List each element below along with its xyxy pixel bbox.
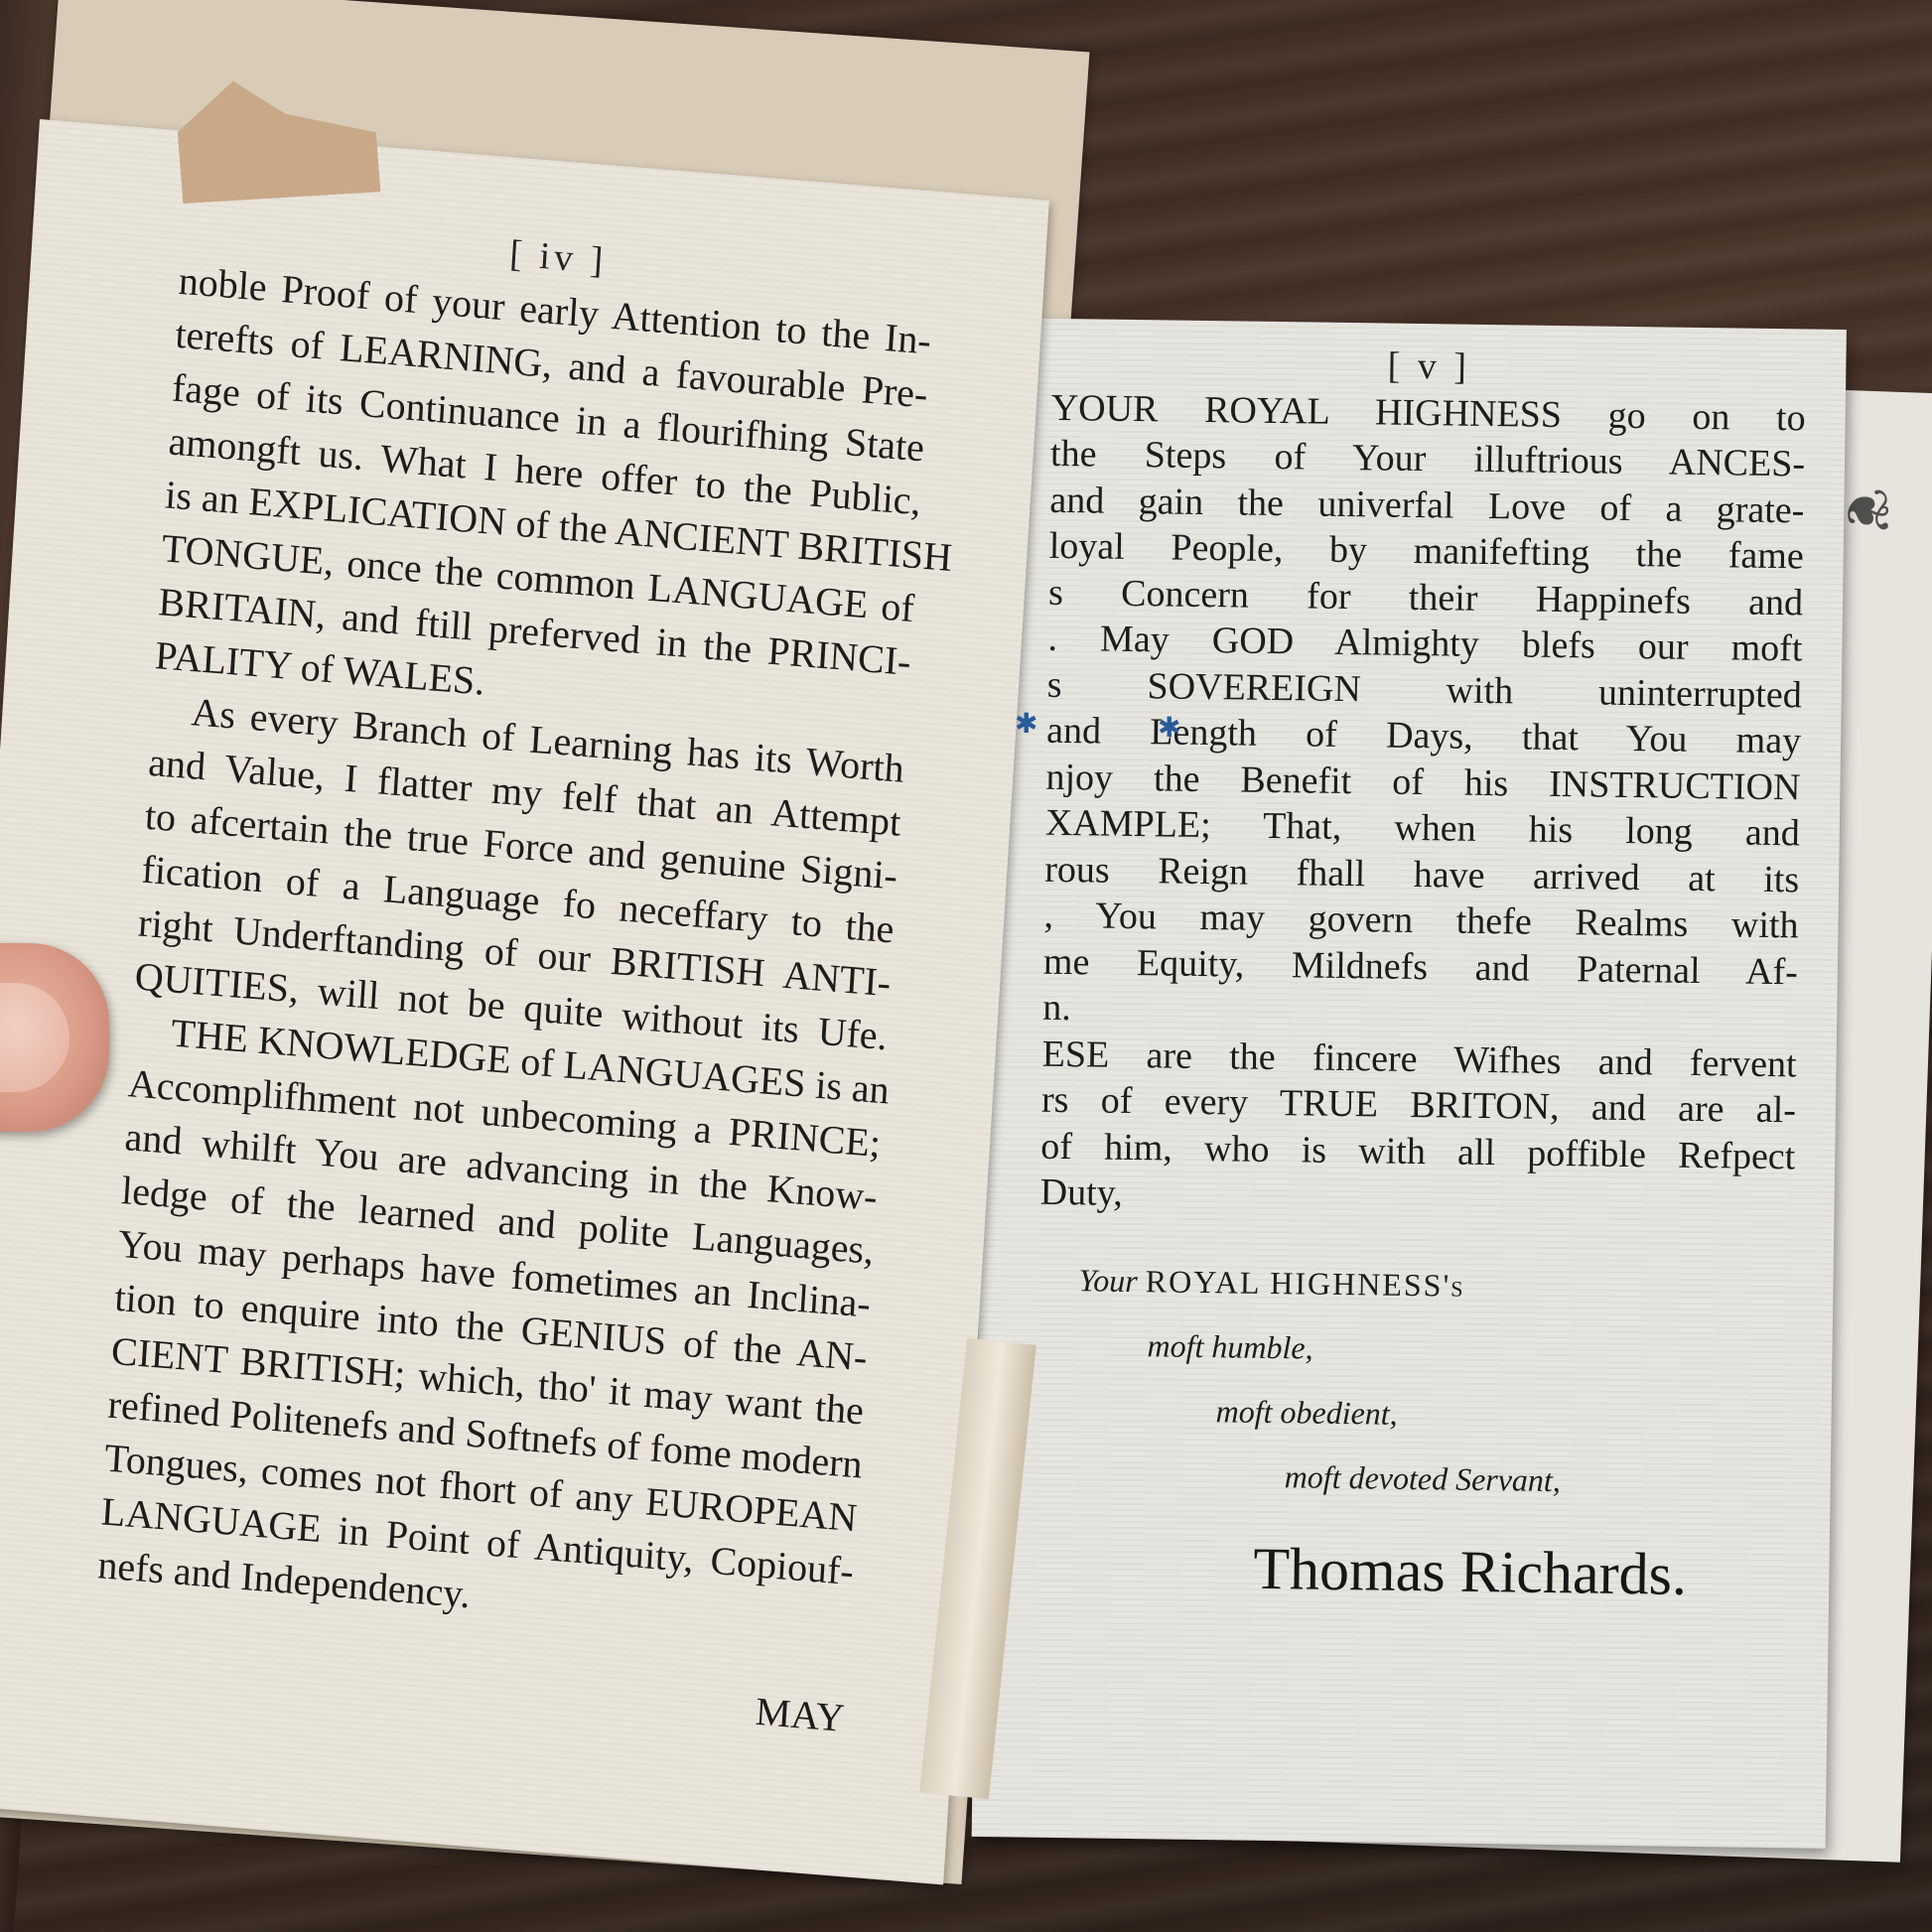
page-v: [ v ] YOUR ROYAL HIGHNESS go on to the S… (972, 318, 1847, 1849)
page-iv-text: [ iv ] noble Proof of your early Attenti… (90, 201, 936, 1745)
ink-mark: ✱ (1158, 711, 1180, 745)
signature: Thomas Richards. (1253, 1535, 1770, 1610)
closing-salutation: Your ROYAL HIGHNESS's moft humble, moft … (1074, 1262, 1774, 1610)
closing-line-2: moft humble, (1147, 1327, 1772, 1373)
page-iv: [ iv ] noble Proof of your early Attenti… (0, 119, 1049, 1884)
ink-mark: ✱ (1015, 707, 1037, 741)
catchword: MAY (90, 1631, 846, 1745)
closing-line-4: moft devoted Servant, (1284, 1458, 1770, 1502)
page-v-text: [ v ] YOUR ROYAL HIGHNESS go on to the S… (1039, 339, 1806, 1226)
closing-line-3: moft obedient, (1215, 1393, 1771, 1438)
thumbnail-nail (0, 983, 69, 1092)
closing-line-1: Your ROYAL HIGHNESS's (1078, 1262, 1773, 1309)
